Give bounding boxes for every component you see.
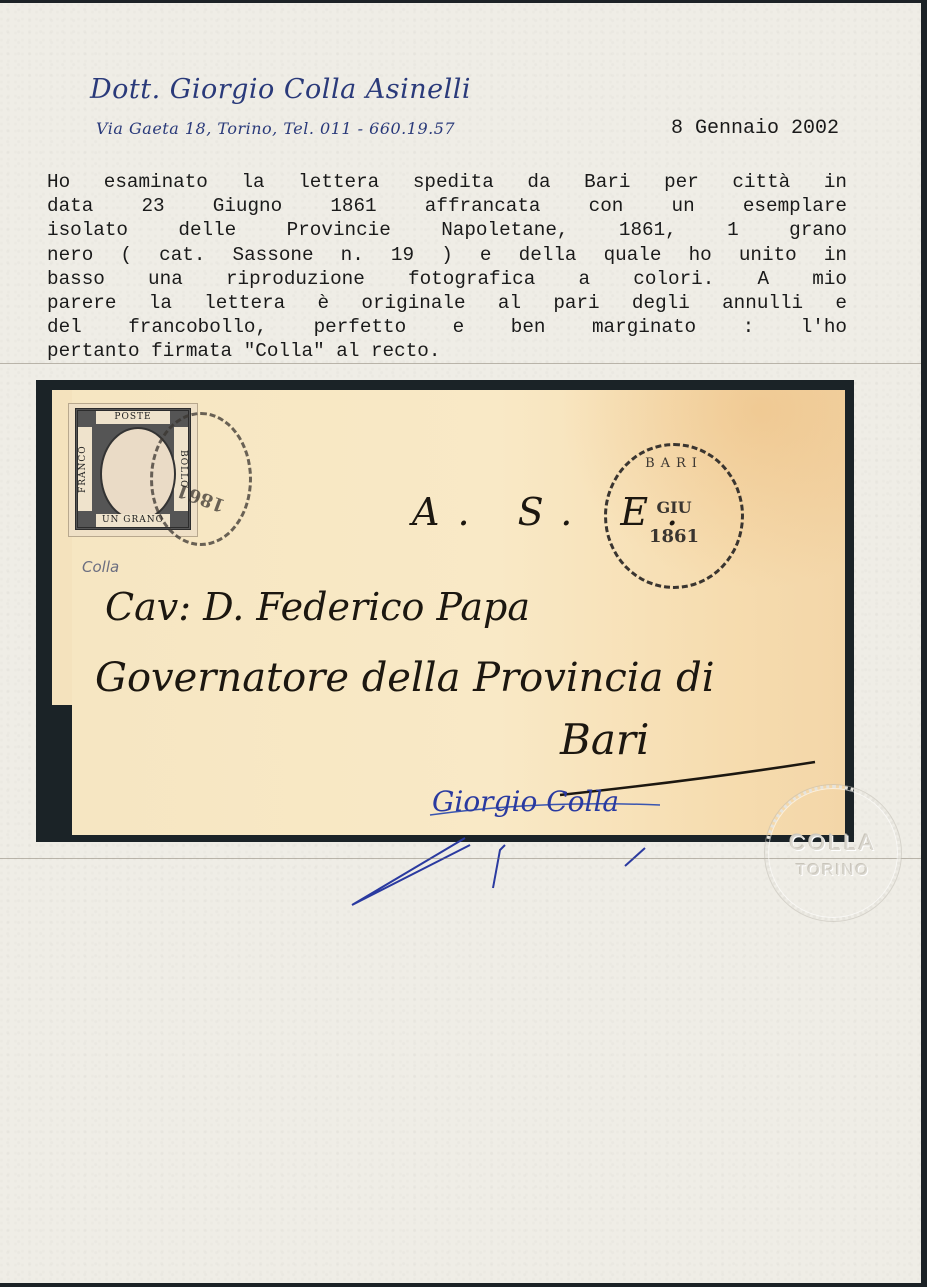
body-line: Ho esaminato la lettera spedita da Bari …	[47, 170, 847, 194]
postmark-year: 1861	[152, 471, 249, 524]
stamp-top-label: POSTE	[96, 411, 170, 424]
embossed-seal: COLLA TORINO	[765, 785, 901, 921]
postmark-city: BARI	[607, 456, 741, 471]
postmark-on-stamp: 1861	[150, 412, 252, 546]
fold-line	[0, 363, 921, 364]
body-line: del francobollo, perfetto e ben marginat…	[47, 315, 847, 339]
seal-bottom-text: TORINO	[768, 862, 898, 880]
handwritten-city: Bari	[560, 715, 649, 764]
pencil-note: Colla	[82, 558, 119, 576]
stamp-left-label: FRANCO	[78, 427, 92, 511]
handwritten-addressee: Cav: D. Federico Papa	[105, 585, 530, 629]
body-line: data 23 Giugno 1861 affrancata con un es…	[47, 194, 847, 218]
body-line: parere la lettera è originale al pari de…	[47, 291, 847, 315]
expert-signature: Giorgio Colla	[432, 785, 619, 818]
handwritten-title: Governatore della Provincia di	[95, 655, 715, 701]
certificate-body: Ho esaminato la lettera spedita da Bari …	[47, 170, 847, 364]
certificate-date: 8 Gennaio 2002	[671, 117, 839, 140]
body-line: nero ( cat. Sassone n. 19 ) e della qual…	[47, 243, 847, 267]
letterhead-name: Dott. Giorgio Colla Asinelli	[90, 74, 471, 105]
handwritten-initials: A. S. E.	[412, 490, 696, 534]
body-line: isolato delle Provincie Napoletane, 1861…	[47, 218, 847, 242]
body-line: basso una riproduzione fotografica a col…	[47, 267, 847, 291]
letterhead-address: Via Gaeta 18, Torino, Tel. 011 - 660.19.…	[96, 119, 455, 138]
seal-top-text: COLLA	[768, 830, 898, 856]
body-line: pertanto firmata "Colla" al recto.	[47, 339, 847, 363]
